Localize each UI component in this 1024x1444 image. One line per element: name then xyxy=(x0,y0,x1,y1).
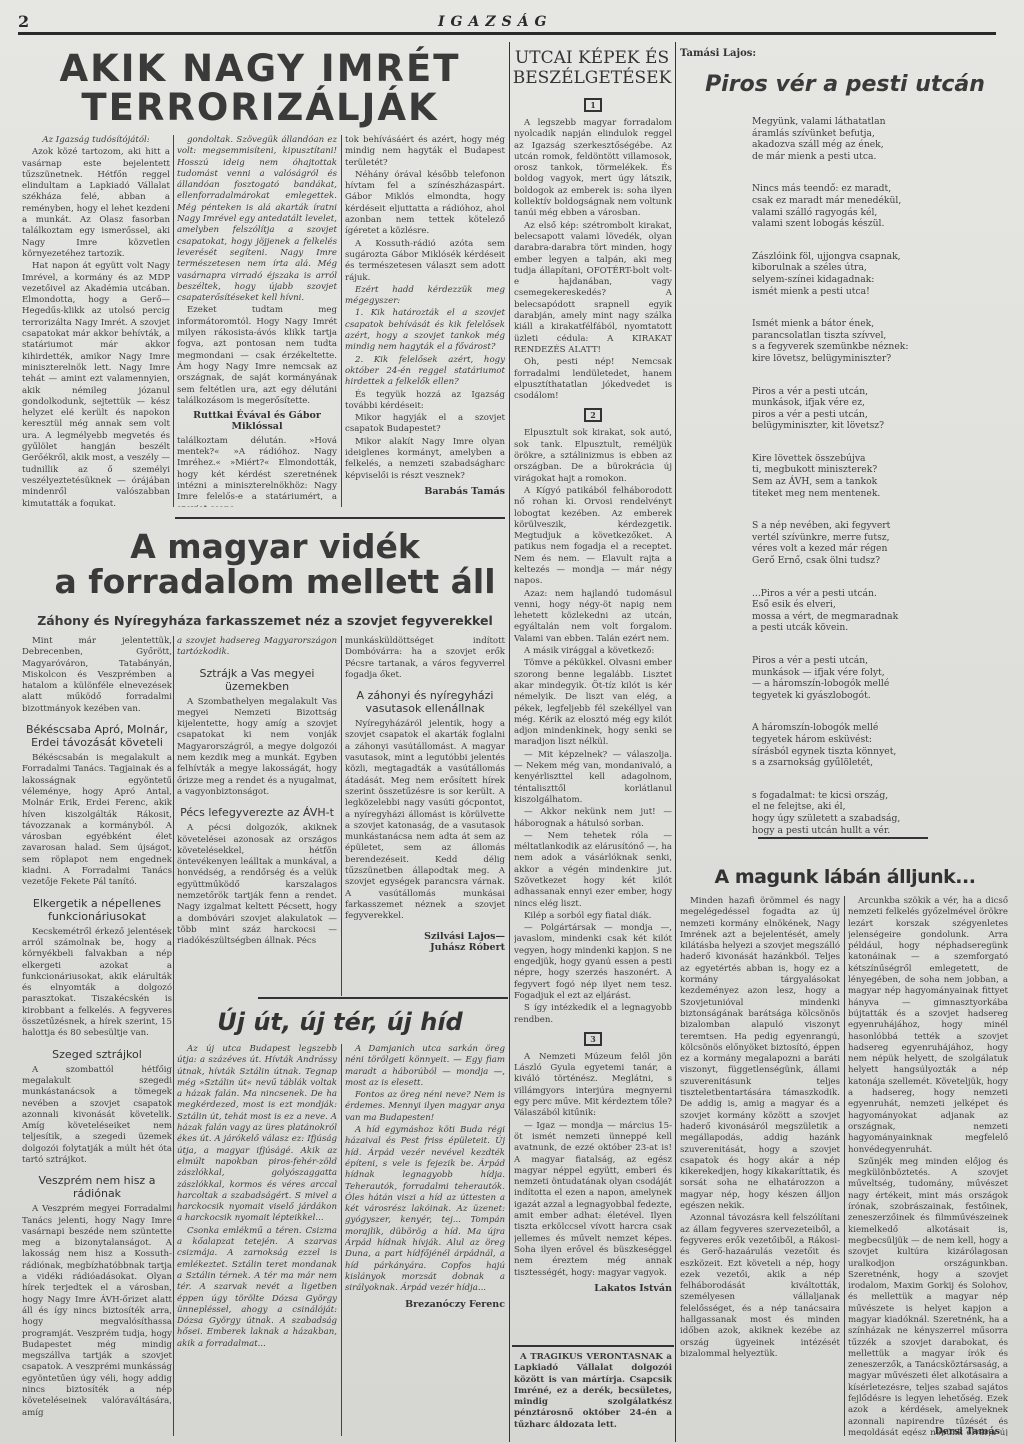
paragraph: Az új utca Budapest legszebb útja: a szá… xyxy=(177,1044,337,1225)
paragraph: Azonnal távozásra kell felszólítani az á… xyxy=(680,1213,840,1360)
article5-byline: Dersi Tamás xyxy=(880,1426,1000,1437)
paragraph: Csonka emlékmű a téren. Csizma a kőalapz… xyxy=(177,1226,337,1350)
poem-body: Megyünk, valami láthatatlanáramlás szívü… xyxy=(752,116,1002,857)
paragraph: Oh, pesti nép! Nemcsak forradalmi lendül… xyxy=(514,357,672,402)
poem-line: munkások, ifjak vére ez, xyxy=(752,397,1002,409)
paragraph: Azok közé tartozom, aki hitt a vasárnap … xyxy=(22,147,170,260)
paragraph: A Nemzeti Múzeum felől jön László Gyula … xyxy=(514,1052,672,1120)
newspaper-page: 2 IGAZSÁG AKIK NAGY IMRÉT TERRORIZÁLJÁK … xyxy=(0,0,1024,1444)
poem-title: Piros vér a pesti utcán xyxy=(680,72,1010,97)
poem-line: — a háromszín-lobogók mellé xyxy=(752,678,1002,690)
poem-line: a pesti utcák kövein. xyxy=(752,622,1002,634)
paragraph: A legszebb magyar forradalom nyolcadik n… xyxy=(514,118,672,220)
poem-line: ismét mienk a pesti utca! xyxy=(752,286,1002,298)
article2-col2: a szovjet hadsereg Magyarországon tartóz… xyxy=(177,636,337,996)
article2-headline: A magyar vidék a forradalom mellett áll xyxy=(40,530,510,599)
paragraph: A szombattól hétfőig megalakult szegedi … xyxy=(22,1065,172,1167)
paragraph: A Kígyó patikából felháborodott nő rohan… xyxy=(514,486,672,588)
article2-headline-line1: A magyar vidék xyxy=(40,530,510,565)
paragraph: 2. Kik felelősek azért, hogy október 24-… xyxy=(345,355,505,389)
article3-byline: Brezanóczy Ferenc xyxy=(345,1299,505,1310)
article2-subheadline: Záhony és Nyíregyháza farkasszemet néz a… xyxy=(30,614,500,628)
paragraph: A pécsi dolgozók, akiknek követelései az… xyxy=(177,823,337,947)
article2-headline-line2: a forradalom mellett áll xyxy=(40,565,510,600)
article1-col3: tok behívásáért és azért, hogy még mindi… xyxy=(345,135,505,515)
column-divider xyxy=(173,636,174,1436)
paragraph: Azaz: nem hajlandó tudomásul venni, hogy… xyxy=(514,589,672,645)
poem-line: selyem-színei kidagadnak: xyxy=(752,274,1002,286)
column-divider xyxy=(341,636,342,996)
paragraph: A Kossuth-rádió azóta sem sugározta Gábo… xyxy=(345,239,505,284)
poem-line: titeket meg nem mentenek. xyxy=(752,488,1002,500)
poem-line: el ne felejtse, aki él, xyxy=(752,801,1002,813)
article4-headline: UTCAI KÉPEK ÉS BESZÉLGETÉSEK xyxy=(512,48,672,88)
paragraph: Ezeket tudtam meg informátoromtól. Hogy … xyxy=(177,305,337,407)
notice-box: A TRAGIKUS VÉRONTÁSNAK a Lapkiadó Vállal… xyxy=(514,1352,672,1440)
article2-byline: Szilvási Lajos— xyxy=(345,931,505,942)
poem-line: valami szent lobogás készül. xyxy=(752,218,1002,230)
section-title: Elkergetik a népellenes funkcionáriusoka… xyxy=(22,897,172,923)
poem-line: s a zsarnokság gyűlöletét, xyxy=(752,757,1002,769)
paragraph: Az első kép: szétrombolt kirakat, belecs… xyxy=(514,221,672,357)
article5-col2: Arcunkba szökik a vér, ha a dicső nemzet… xyxy=(848,896,1008,1436)
poem-stanza: S a nép nevében, aki fegyvertvertél szív… xyxy=(752,520,1002,566)
article4-headline-line2: BESZÉLGETÉSEK xyxy=(512,68,672,88)
paragraph: Néhány órával később telefonon hívtam fe… xyxy=(345,170,505,238)
wavy-rule xyxy=(758,836,928,839)
poem-line: Megyünk, valami láthatatlan xyxy=(752,116,1002,128)
article3-col2: A Damjanich utca sarkán öreg néni törölg… xyxy=(345,1044,505,1436)
poem-line: de már mienk a pesti utca. xyxy=(752,151,1002,163)
poem-stanza: A háromszín-lobogók mellétegyetek három … xyxy=(752,722,1002,768)
poem-line: kiborulnak a széles útra, xyxy=(752,262,1002,274)
section-title: Sztrájk a Vas megyei üzemekben xyxy=(177,667,337,693)
paragraph: munkásküldöttséget indított Dombóvárra: … xyxy=(345,636,505,681)
paragraph: Minden hazafi örömmel és nagy megelégedé… xyxy=(680,896,840,1212)
section-rule xyxy=(175,517,505,519)
article1-headline-line1: AKIK NAGY IMRÉT xyxy=(40,50,480,89)
poem-line: vertél szívünkre, merre futsz, xyxy=(752,532,1002,544)
paragraph: A Damjanich utca sarkán öreg néni törölg… xyxy=(345,1044,505,1089)
paragraph: És tegyük hozzá az Igazság további kérdé… xyxy=(345,390,505,413)
paragraph: — Igaz — mondja — március 15-öt ismét ne… xyxy=(514,1121,672,1279)
poem-line: kire lövetsz, belügyminiszter? xyxy=(752,353,1002,365)
column-divider xyxy=(173,135,174,507)
paragraph: — Polgártársak — mondja —, javaslom, min… xyxy=(514,923,672,1002)
poem-line: véres volt a kezed már régen xyxy=(752,543,1002,555)
paragraph: S így intézkedik el a legnagyobb rendben… xyxy=(514,1003,672,1026)
paragraph: A másik virággal a következő: xyxy=(514,646,672,657)
poem-line: Kire lövettek összebújva xyxy=(752,453,1002,465)
paragraph: — Akkor nekünk nem jut! — háborognak a h… xyxy=(514,807,672,830)
poem-line: ...Piros a vér a pesti utcán. xyxy=(752,588,1002,600)
column-divider xyxy=(341,1044,342,1436)
paragraph: — Nem tehetek róla — méltatlankodik az e… xyxy=(514,831,672,910)
poem-line: s a fegyverek szemünkbe néznek: xyxy=(752,341,1002,353)
poem-line: Eső esik és elveri, xyxy=(752,599,1002,611)
paragraph: Békéscsabán is megalakult a Forradalmi T… xyxy=(22,753,172,889)
section-number-box: 1 xyxy=(584,98,602,112)
paragraph: tok behívásáért és azért, hogy még mindi… xyxy=(345,135,505,169)
poem-stanza: ...Piros a vér a pesti utcán.Eső esik és… xyxy=(752,588,1002,634)
notice-text: A TRAGIKUS VÉRONTÁSNAK a Lapkiadó Vállal… xyxy=(514,1352,672,1431)
article1-dateline: Az Igazság tudósítójától: xyxy=(22,135,170,146)
poem-line: Zászlóink föl, ujjongva csapnak, xyxy=(752,251,1002,263)
poem-line: s fogadalmat: te kicsi ország, xyxy=(752,790,1002,802)
article5-headline: A magunk lábán álljunk... xyxy=(680,866,1010,888)
section-title: A záhonyi és nyíregyházi vasutasok ellen… xyxy=(345,689,505,715)
poem-line: csak ez maradt már menedékül, xyxy=(752,195,1002,207)
wavy-rule xyxy=(258,996,508,999)
poem-stanza: Piros a vér a pesti utcán,munkások — ifj… xyxy=(752,655,1002,701)
paragraph: Fontos az öreg néni neve? Nem is érdemes… xyxy=(345,1090,505,1124)
article1-col2: gondoltak. Szövegük állandóan ez volt: m… xyxy=(177,135,337,507)
poem-line: S a nép nevében, aki fegyvert xyxy=(752,520,1002,532)
paragraph: Mikor hagyják el a szovjet csapatok Buda… xyxy=(345,413,505,436)
paragraph: Mint már jelentettük, Debrecenben, Győrö… xyxy=(22,636,172,715)
poem-author: Tamási Lajos: xyxy=(680,48,756,59)
poem-stanza: Kire lövettek összebújvati, megbukott mi… xyxy=(752,453,1002,499)
poem-line: áramlás szívünket befutja, xyxy=(752,128,1002,140)
paragraph: A híd egymáshoz köti Buda régi házaival … xyxy=(345,1125,505,1294)
section-rule xyxy=(512,1345,674,1347)
poem-stanza: s fogadalmat: te kicsi ország,el ne fele… xyxy=(752,790,1002,836)
paragraph: Tömve a pékükkel. Olvasni ember szorong … xyxy=(514,658,672,748)
paragraph: találkoztam délután. »Hová mentek?« »A r… xyxy=(177,436,337,507)
paragraph: Kecskemétről érkező jelentések arról szá… xyxy=(22,927,172,1040)
paper-name: IGAZSÁG xyxy=(438,14,553,30)
paragraph: — Mit képzelnek? — válaszolja. — Nekem m… xyxy=(514,750,672,806)
paragraph: Hat napon át együtt volt Nagy Imrével, a… xyxy=(22,261,170,507)
page-number: 2 xyxy=(18,12,29,31)
article4-headline-line1: UTCAI KÉPEK ÉS xyxy=(512,48,672,68)
paragraph: gondoltak. Szövegük állandóan ez volt: m… xyxy=(177,135,337,304)
article1-headline-line2: TERRORIZÁLJÁK xyxy=(40,89,480,128)
poem-line: piros a vér a pesti utcán, xyxy=(752,409,1002,421)
poem-stanza: Megyünk, valami láthatatlanáramlás szívü… xyxy=(752,116,1002,162)
article3-headline: Új út, új tér, új híd xyxy=(175,1008,505,1036)
poem-line: sírásból egynek tiszta könnyet, xyxy=(752,746,1002,758)
paragraph: Arcunkba szökik a vér, ha a dicső nemzet… xyxy=(848,896,1008,1156)
paragraph: A Szombathelyen megalakult Vas megyei Ne… xyxy=(177,697,337,799)
poem-stanza: Ismét mienk a bátor ének,parancsolatlan … xyxy=(752,318,1002,364)
section-title: Békéscsaba Apró, Molnár, Erdei távozását… xyxy=(22,723,172,749)
article2-byline: Juhász Róbert xyxy=(345,942,505,953)
paragraph: 1. Kik határozták el a szovjet csapatok … xyxy=(345,308,505,353)
poem-line: hogy úgy született a szabadság, xyxy=(752,813,1002,825)
poem-line: Nincs más teendő: ez maradt, xyxy=(752,183,1002,195)
poem-line: Sem az ÁVH, sem a tankok xyxy=(752,476,1002,488)
poem-line: akadozva száll még az ének, xyxy=(752,139,1002,151)
article4-body: 1 A legszebb magyar forradalom nyolcadik… xyxy=(514,92,672,1382)
article5-col1: Minden hazafi örömmel és nagy megelégedé… xyxy=(680,896,840,1436)
paragraph: Kilép a sorból egy fiatal diák. xyxy=(514,911,672,922)
article1-byline: Barabás Tamás xyxy=(345,486,505,497)
column-divider xyxy=(509,42,510,1442)
poem-stanza: Nincs más teendő: ez maradt,csak ez mara… xyxy=(752,183,1002,229)
column-divider xyxy=(341,135,342,507)
article1-col1: Az Igazság tudósítójától: Azok közé tart… xyxy=(22,135,170,507)
article2-col3: munkásküldöttséget indított Dombóvárra: … xyxy=(345,636,505,998)
poem-stanza: Zászlóink föl, ujjongva csapnak,kiboruln… xyxy=(752,251,1002,297)
section-title: Szeged sztrájkol xyxy=(22,1048,172,1061)
poem-line: tegyetek három esküvést: xyxy=(752,734,1002,746)
poem-line: hogy a pesti utcán hullt a vér. xyxy=(752,825,1002,837)
paragraph: Ezért hadd kérdezzük meg mégegyszer: xyxy=(345,285,505,308)
section-title: Pécs lefegyverezte az ÁVH-t xyxy=(177,806,337,819)
poem-stanza: Piros a vér a pesti utcán,munkások, ifja… xyxy=(752,386,1002,432)
poem-line: belügyminiszter, kit lövetsz? xyxy=(752,420,1002,432)
article4-byline: Lakatos István xyxy=(514,1283,672,1294)
article1-subhead: Ruttkai Évával és Gábor Miklóssal xyxy=(177,410,337,433)
paragraph: A Veszprém megyei Forradalmi Tanács jele… xyxy=(22,1204,172,1419)
masthead-rule xyxy=(18,32,996,35)
poem-line: A háromszín-lobogók mellé xyxy=(752,722,1002,734)
article3-col1: Az új utca Budapest legszebb útja: a szá… xyxy=(177,1044,337,1436)
poem-line: Piros a vér a pesti utcán, xyxy=(752,655,1002,667)
section-number-box: 2 xyxy=(584,408,602,422)
poem-line: parancsolatlan tiszta szívvel, xyxy=(752,330,1002,342)
poem-line: Gerő Ernő, csak ölni tudsz? xyxy=(752,555,1002,567)
section-title: Veszprém nem hisz a rádiónak xyxy=(22,1174,172,1200)
column-divider xyxy=(844,896,845,1436)
paragraph: a szovjet hadsereg Magyarországon tartóz… xyxy=(177,636,337,659)
poem-line: valami szálló ragyogás kél, xyxy=(752,207,1002,219)
poem-line: Piros a vér a pesti utcán, xyxy=(752,386,1002,398)
article2-col1: Mint már jelentettük, Debrecenben, Győrö… xyxy=(22,636,172,1436)
paragraph: Nyíregyházáról jelentik, hogy a szovjet … xyxy=(345,719,505,922)
poem-line: tegyetek ki gyászlobogót. xyxy=(752,690,1002,702)
article1-headline: AKIK NAGY IMRÉT TERRORIZÁLJÁK xyxy=(40,50,480,128)
paragraph: Mikor alakít Nagy Imre olyan ideiglenes … xyxy=(345,437,505,482)
paragraph: Szűnjék meg minden előjog és megkülönböz… xyxy=(848,1157,1008,1436)
paragraph: Elpusztult sok kirakat, sok autó, sok ta… xyxy=(514,428,672,484)
column-divider xyxy=(675,42,676,1442)
section-number-box: 3 xyxy=(584,1032,602,1046)
poem-line: ti, megbukott miniszterek? xyxy=(752,464,1002,476)
poem-line: mossa a vért, de megmaradnak xyxy=(752,611,1002,623)
poem-line: Ismét mienk a bátor ének, xyxy=(752,318,1002,330)
poem-line: munkások — ifjak vére folyt, xyxy=(752,667,1002,679)
